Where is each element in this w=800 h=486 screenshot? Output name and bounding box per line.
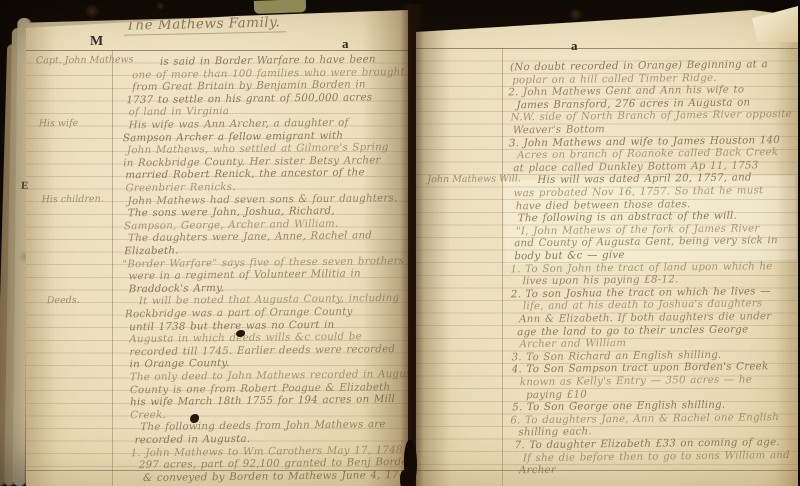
binding-stitch <box>410 246 414 255</box>
binding-stitch <box>410 392 414 401</box>
manuscript-line: 1737 to settle on his grant of 500,000 a… <box>126 91 372 106</box>
manuscript-line: recorded in Augusta. <box>134 433 250 446</box>
manuscript-text-right: (No doubt recorded in Orange) Beginning … <box>415 2 800 486</box>
manuscript-line: 1. To Son John the tract of land upon wh… <box>510 260 772 275</box>
right-page: a M (No doubt recorded in Orange) Beginn… <box>416 6 798 486</box>
manuscript-line: If she die before then to go to sons Wil… <box>523 449 790 464</box>
manuscript-line: of land in Virginia <box>128 105 229 118</box>
manuscript-line: his wife March 18th 1755 for 194 acres o… <box>130 393 395 408</box>
margin-note: Capt. John Mathews <box>36 54 134 66</box>
manuscript-line: "Border Warfare" says five of these seve… <box>122 254 404 269</box>
manuscript-line: (No doubt recorded in Orange) Beginning … <box>510 58 768 73</box>
manuscript-line: known as Kelly's Entry — 350 acres — he <box>520 373 752 388</box>
manuscript-line: John Mathews had seven sons & four daugh… <box>128 192 398 207</box>
manuscript-line: recorded till 1745. Earlier deeds were r… <box>129 343 395 358</box>
manuscript-line: body but &c — give <box>514 249 624 262</box>
manuscript-line: age the land to go to their uncles Georg… <box>517 323 748 338</box>
manuscript-line: Elizabeth. <box>124 245 179 258</box>
foxing-stain <box>84 4 100 18</box>
manuscript-line: shilling each. <box>518 426 591 439</box>
manuscript-line: 6. To daughters Jane, Ann & Rachel one E… <box>510 411 779 426</box>
manuscript-line: It will be noted that Augusta County, in… <box>139 292 400 307</box>
manuscript-line: Greenbrier Renicks. <box>125 181 235 194</box>
manuscript-line: was probated Nov 16, 1757. So that he mu… <box>513 184 763 199</box>
manuscript-line: married Robert Renick, the ancestor of t… <box>125 167 365 182</box>
manuscript-line: paying £10 <box>526 388 587 401</box>
manuscript-line: Creek. <box>130 409 166 421</box>
manuscript-line: & conveyed by Borden to Mathews June 4, … <box>143 469 409 484</box>
manuscript-line: Archer <box>519 464 556 476</box>
binding-stitch <box>410 442 414 451</box>
manuscript-line: The daughters were Jane, Anne, Rachel an… <box>128 230 372 245</box>
binding-stitch <box>410 100 414 109</box>
margin-note: John Mathews Will. <box>427 173 521 185</box>
index-edge-letter: E <box>21 180 29 192</box>
manuscript-line: Braddock's Army. <box>129 282 225 295</box>
book-spread-photo: E M a The Mathews Family. is said in Bor… <box>0 0 800 486</box>
manuscript-line: Weaver's Bottom <box>513 123 605 136</box>
margin-note: His wife <box>39 118 79 129</box>
manuscript-line: Archer and William <box>519 337 626 350</box>
manuscript-line: lives upon his paying £8-12. <box>523 273 679 287</box>
manuscript-line: N.W. side of North Branch of James River… <box>511 108 792 123</box>
margin-note: Deeds. <box>47 295 80 306</box>
foxing-stain <box>568 8 583 21</box>
binding-stitch <box>410 320 414 329</box>
manuscript-line: were in a regiment of Volunteer Militia … <box>128 268 360 283</box>
binding-stitch <box>410 172 414 181</box>
manuscript-line: in Orange County. <box>130 357 230 370</box>
manuscript-line: The following deeds from John Mathews ar… <box>140 419 385 434</box>
manuscript-text-left: is said in Border Warfare to have beenon… <box>25 4 413 486</box>
manuscript-line: and County of Augusta Gent, being very s… <box>514 234 778 249</box>
left-page: M a The Mathews Family. is said in Borde… <box>26 8 408 486</box>
back-page-sliver <box>254 0 306 14</box>
margin-note: His children. <box>42 194 104 206</box>
foxing-stain <box>156 2 165 10</box>
